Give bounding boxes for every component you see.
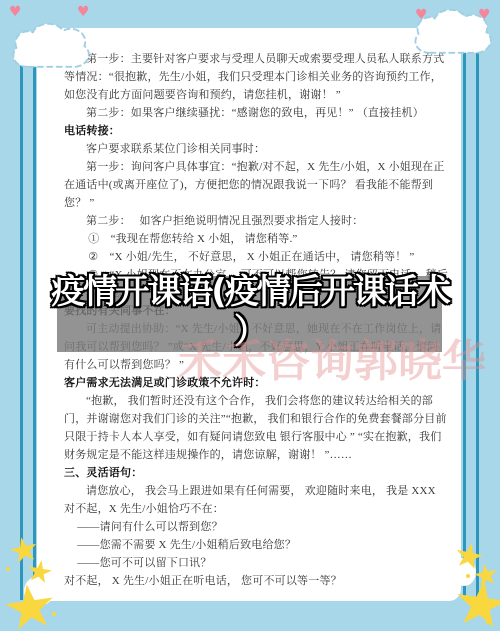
sparkle-dot (52, 612, 56, 616)
string-line-right-inner (463, 46, 466, 600)
doc-paragraph: 第二步：如果客户继续骚扰：“感谢您的致电，再见！” （直接挂机） (64, 104, 449, 122)
sparkle-dot (6, 567, 10, 571)
doc-paragraph: 第二步： 如客户拒绝说明情况且强烈要求指定人接时： (64, 212, 449, 230)
doc-paragraph: “抱歉， 我们暂时还没有这个合作， 我们会将您的建议转达给相关的部门，并谢谢您对… (64, 392, 449, 464)
doc-paragraph: 请您放心， 我会马上跟进如果有任何需要， 欢迎随时来电， 我是 XXX 对不起，… (64, 482, 449, 518)
doc-paragraph: 三、灵活语句： (64, 464, 449, 482)
doc-paragraph: ——您可不可以留下口讯？ (64, 554, 449, 572)
string-line-right-outer (476, 46, 479, 600)
cloud-icon (7, 20, 93, 74)
sparkle-dot (486, 620, 490, 624)
doc-paragraph: 对不起， X 先生/小姐正在听电话， 您可不可以等一等？ (64, 572, 449, 590)
heart-icon: ♥ (415, 8, 428, 22)
decorated-document-frame: { "page": { "overlay": { "title_line1": … (0, 0, 500, 631)
doc-paragraph: ② “X 小姐/先生， 不好意思， X 小姐正在通话中， 请您稍等！ ” (64, 248, 449, 266)
watermark-text: 禾禾咨询郭晓华 (178, 338, 486, 386)
doc-paragraph: 第一步：询问客户具体事宜：“抱歉/对不起，X 先生/小姐，X 小姐现在正在通话中… (64, 158, 449, 212)
doc-paragraph: ——您需不需要 X 先生/小姐稍后致电给您？ (64, 536, 449, 554)
doc-paragraph: ① “我现在帮您转给 X 小姐， 请您稍等.” (64, 230, 449, 248)
string-line-left-inner (33, 46, 36, 600)
star-icon (7, 534, 40, 566)
heart-icon: ♥ (9, 5, 22, 19)
sparkle-dot (466, 574, 470, 578)
overlay-title-line1: 疫情开课语(疫情后开课话术 (40, 272, 460, 312)
doc-paragraph: ——请问有什么可以帮到您？ (64, 518, 449, 536)
doc-paragraph: 客户要求联系某位门诊相关同事时： (64, 140, 449, 158)
heart-icon: ♥ (478, 8, 491, 22)
heart-icon: ♥ (77, 5, 90, 19)
doc-paragraph: 第一步：主要针对客户要求与受理人员聊天或索要受理人员私人联系方式等情况：“很抱歉… (64, 50, 449, 104)
doc-paragraph: 电话转接： (64, 122, 449, 140)
string-line-left-outer (20, 46, 23, 600)
